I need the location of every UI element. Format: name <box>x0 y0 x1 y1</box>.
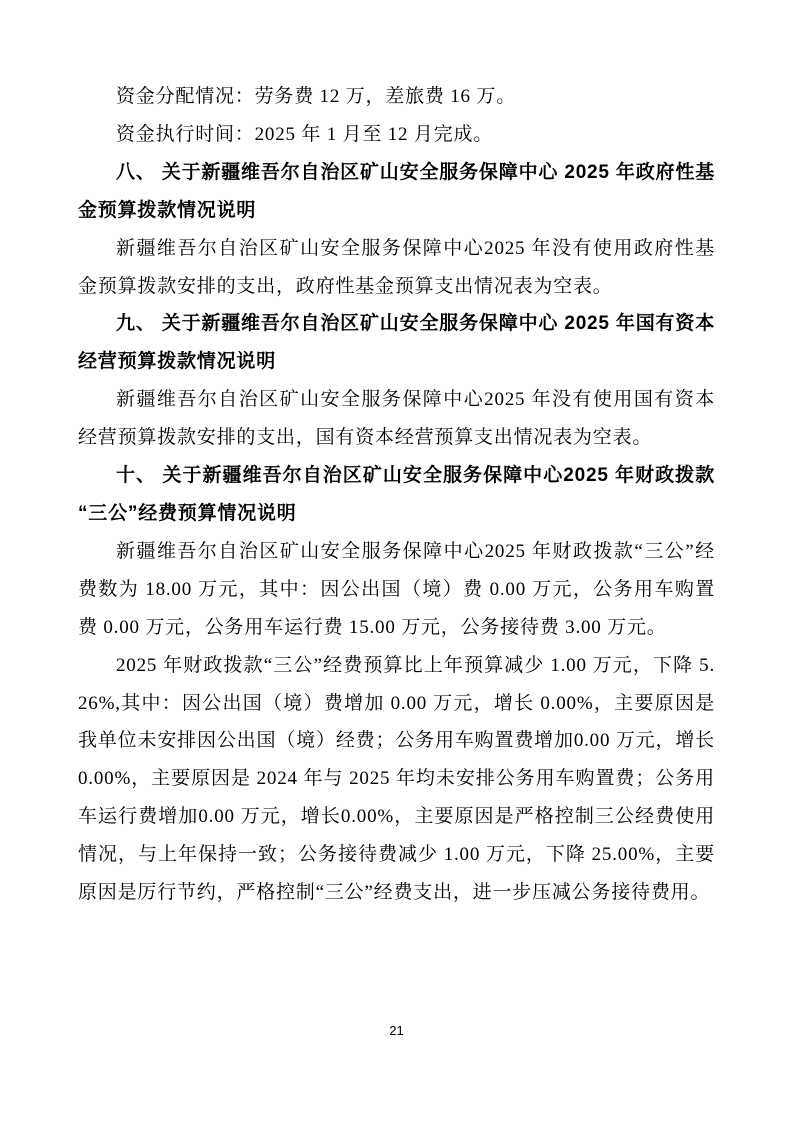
page-number: 21 <box>0 1022 793 1040</box>
heading-section-9-state-capital-budget: 九、 关于新疆维吾尔自治区矿山安全服务保障中心 2025 年国有资本经营预算拨款… <box>78 305 715 381</box>
para-section-8-government-fund-budget: 新疆维吾尔自治区矿山安全服务保障中心2025 年没有使用政府性基金预算拨款安排的… <box>78 230 715 306</box>
para-section-9-state-capital-budget: 新疆维吾尔自治区矿山安全服务保障中心2025 年没有使用国有资本经营预算拨款安排… <box>78 381 715 457</box>
para-funding-allocation: 资金分配情况：劳务费 12 万，差旅费 16 万。 <box>78 78 715 116</box>
para-funding-schedule: 资金执行时间：2025 年 1 月至 12 月完成。 <box>78 116 715 154</box>
document-page: 资金分配情况：劳务费 12 万，差旅费 16 万。 资金执行时间：2025 年 … <box>0 0 793 1122</box>
heading-section-8-government-fund-budget: 八、 关于新疆维吾尔自治区矿山安全服务保障中心 2025 年政府性基金预算拨款情… <box>78 154 715 230</box>
para-section-10-year-comparison: 2025 年财政拨款“三公”经费预算比上年预算减少 1.00 万元，下降 5.2… <box>78 647 715 912</box>
heading-section-10-three-public-expenses: 十、 关于新疆维吾尔自治区矿山安全服务保障中心2025 年财政拨款“三公”经费预… <box>78 457 715 533</box>
para-section-10-expense-breakdown: 新疆维吾尔自治区矿山安全服务保障中心2025 年财政拨款“三公”经费数为 18.… <box>78 533 715 647</box>
